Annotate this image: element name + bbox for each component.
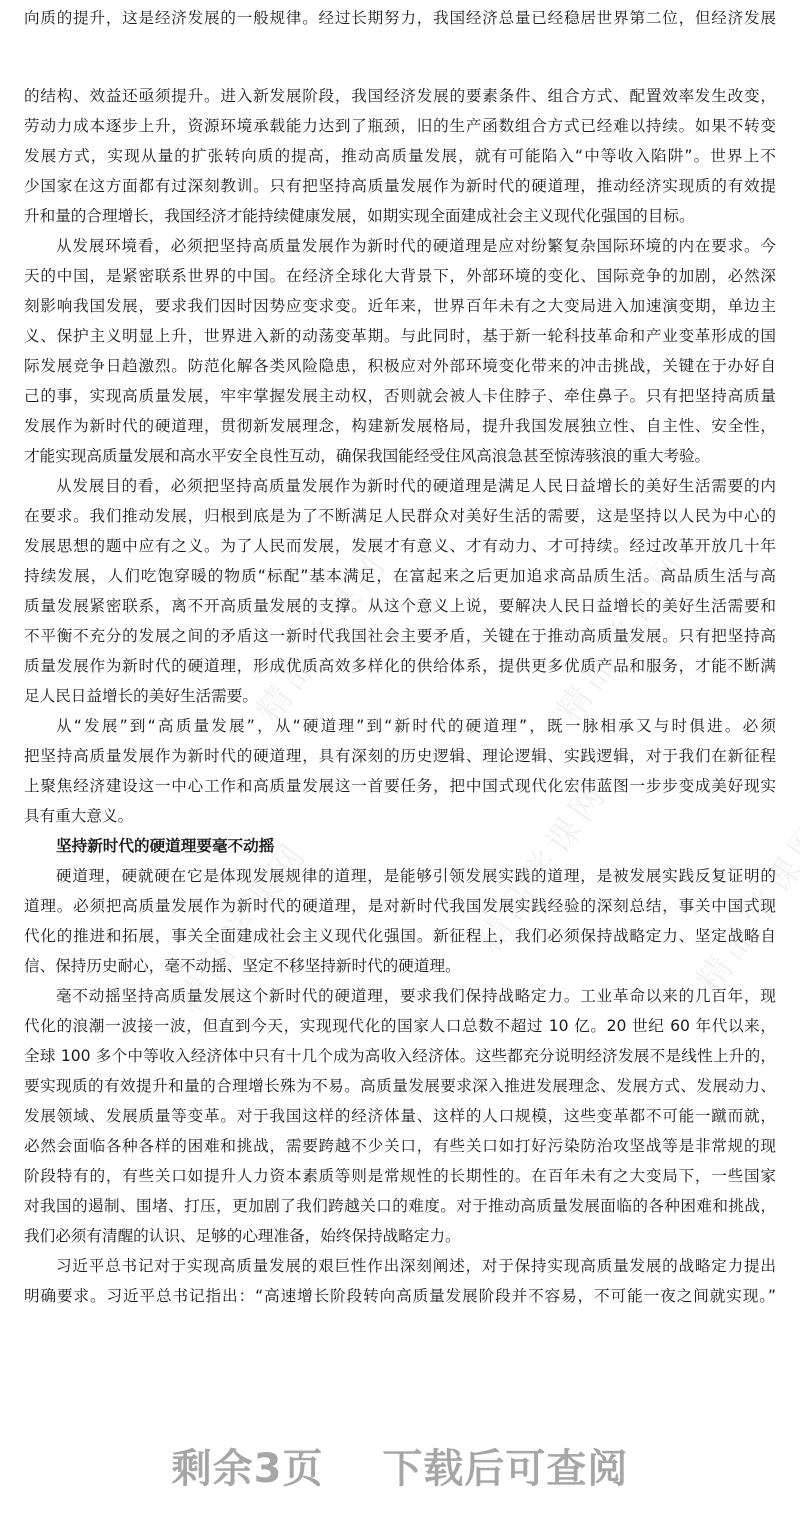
text-line: 不平衡不充分的发展之间的矛盾这一新时代我国社会主要矛盾，关键在于推动高质量发展。… — [24, 626, 776, 646]
text-line: 发展思想的题中应有之义。为了人民而发展，发展才有意义、才有动力、才可持续。经过改… — [24, 536, 776, 556]
text-line: 才能实现高质量发展和高水平安全良性互动，确保我国能经受住风高浪急甚至惊涛骇浪的重… — [24, 446, 776, 466]
document-page: 精品学课网 精品学课网 精品学课网 精品学课网 精品学课网 向质的提升，这是经济… — [0, 0, 800, 1535]
text-line: 发展领域、发展质量等变革。对于我国这样的经济体量、这样的人口规模，这些变革都不可… — [24, 1106, 776, 1126]
text-line: 持续发展，人们吃饱穿暖的物质“标配”基本满足，在富起来之后更加追求高品质生活。高… — [24, 566, 776, 586]
text-line: 阶段特有的，有些关口如提升人力资本素质等则是常规性的长期性的。在百年未有之大变局… — [24, 1166, 776, 1186]
text-line: 信、保持历史耐心，毫不动摇、坚定不移坚持新时代的硬道理。 — [24, 956, 776, 976]
text-line: 己的事，实现高质量发展，牢牢掌握发展主动权，否则就会被人卡住脖子、牵住鼻子。只有… — [24, 386, 776, 406]
text-line: 天的中国，是紧密联系世界的中国。在经济全球化大背景下，外部环境的变化、国际竞争的… — [24, 266, 776, 286]
text-line: 上聚焦经济建设这一中心工作和高质量发展这一首要任务，把中国式现代化宏伟蓝图一步步… — [24, 776, 776, 796]
text-line: 具有重大意义。 — [24, 806, 776, 826]
text-line: 在要求。我们推动发展，归根到底是为了不断满足人民群众对美好生活的需要，这是坚持以… — [24, 506, 776, 526]
text-line: 质量发展作为新时代的硬道理，形成优质高效多样化的供给体系，提供更多优质产品和服务… — [24, 656, 776, 676]
text-line: 义、保护主义明显上升，世界进入新的动荡变革期。与此同时，基于新一轮科技革命和产业… — [24, 326, 776, 346]
text-line: 习近平总书记对于实现高质量发展的艰巨性作出深刻阐述，对于保持实现高质量发展的战略… — [56, 1256, 776, 1276]
text-line: 对我国的遏制、围堵、打压，更加剧了我们跨越关口的难度。对于推动高质量发展面临的各… — [24, 1196, 776, 1216]
text-line: 劳动力成本逐步上升，资源环境承载能力达到了瓶颈，旧的生产函数组合方式已经难以持续… — [24, 116, 776, 136]
text-line: 发展方式，实现从量的扩张转向质的提高，推动高质量发展，就有可能陷入“中等收入陷阱… — [24, 146, 776, 166]
section-heading: 坚持新时代的硬道理要毫不动摇 — [56, 836, 274, 856]
text-line: 全球 100 多个中等收入经济体中只有十几个成为高收入经济体。这些都充分说明经济… — [24, 1046, 776, 1066]
text-line: 从发展环境看，必须把坚持高质量发展作为新时代的硬道理是应对纷繁复杂国际环境的内在… — [56, 236, 776, 256]
text-line: 向质的提升，这是经济发展的一般规律。经过长期努力，我国经济总量已经稳居世界第二位… — [24, 8, 776, 28]
text-line: 际发展竞争日趋激烈。防范化解各类风险隐患，积极应对外部环境变化带来的冲击挑战，关… — [24, 356, 776, 376]
text-line: 刻影响我国发展，要求我们因时因势应变求变。近年来，世界百年未有之大变局进入加速演… — [24, 296, 776, 316]
text-line: 把坚持高质量发展作为新时代的硬道理，具有深刻的历史逻辑、理论逻辑、实践逻辑，对于… — [24, 746, 776, 766]
text-line: 代化的浪潮一波接一波，但直到今天，实现现代化的国家人口总数不超过 10 亿。20… — [24, 1016, 776, 1036]
text-line: 发展作为新时代的硬道理，贯彻新发展理念，构建新发展格局，提升我国发展独立性、自主… — [24, 416, 776, 436]
text-line: 的结构、效益还亟须提升。进入新发展阶段，我国经济发展的要素条件、组合方式、配置效… — [24, 86, 776, 106]
text-line: 从发展目的看，必须把坚持高质量发展作为新时代的硬道理是满足人民日益增长的美好生活… — [56, 476, 776, 496]
text-line: 硬道理，硬就硬在它是体现发展规律的道理，是能够引领发展实践的道理，是被发展实践反… — [56, 866, 776, 886]
text-line: 道理。必须把高质量发展作为新时代的硬道理，是对新时代我国发展实践经验的深刻总结，… — [24, 896, 776, 916]
remaining-pages-label[interactable]: 剩余3页 — [172, 1446, 324, 1492]
text-line: 足人民日益增长的美好生活需要。 — [24, 686, 776, 706]
text-line: 少国家在这方面都有过深刻教训。只有把坚持高质量发展作为新时代的硬道理，推动经济实… — [24, 176, 776, 196]
text-line: 从“发展”到“高质量发展”，从“硬道理”到“新时代的硬道理”，既一脉相承又与时俱… — [56, 716, 776, 736]
text-line: 要实现质的有效提升和量的合理增长殊为不易。高质量发展要求深入推进发展理念、发展方… — [24, 1076, 776, 1096]
text-line: 代化的推进和拓展，事关全面建成社会主义现代化强国。新征程上，我们必须保持战略定力… — [24, 926, 776, 946]
download-to-view-label[interactable]: 下载后可查阅 — [382, 1446, 628, 1492]
text-line: 我们必须有清醒的认识、足够的心理准备，始终保持战略定力。 — [24, 1226, 776, 1246]
text-line: 毫不动摇坚持高质量发展这个新时代的硬道理，要求我们保持战略定力。工业革命以来的几… — [56, 986, 776, 1006]
text-line: 明确要求。习近平总书记指出：“高速增长阶段转向高质量发展阶段并不容易，不可能一夜… — [24, 1286, 776, 1306]
download-prompt-banner[interactable]: 剩余3页 下载后可查阅 — [0, 1437, 800, 1494]
text-line: 质量发展紧密联系，离不开高质量发展的支撑。从这个意义上说，要解决人民日益增长的美… — [24, 596, 776, 616]
text-line: 升和量的合理增长，我国经济才能持续健康发展，如期实现全面建成社会主义现代化强国的… — [24, 206, 776, 226]
text-line: 必然会面临各种各样的困难和挑战，需要跨越不少关口，有些关口如打好污染防治攻坚战等… — [24, 1136, 776, 1156]
